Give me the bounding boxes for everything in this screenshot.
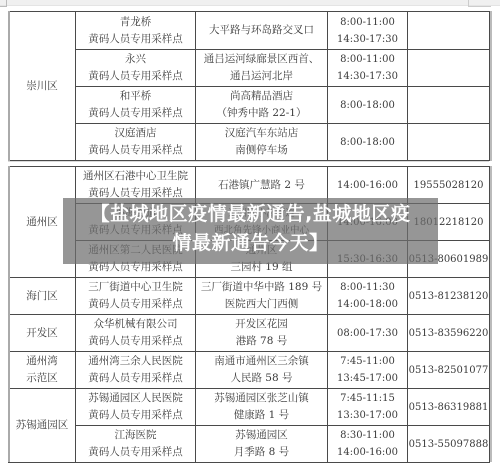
table-row: 江海医院黄码人员专用采样点 苏锡通园区月季路 8 号 8:30-11:0014:…: [9, 426, 490, 463]
address-cell: 苏锡通园区张芝山镇健康路 1 号: [196, 389, 328, 426]
district-cell: 苏锡通园区: [9, 389, 76, 463]
hours-cell: 8:00-18:00: [328, 124, 408, 161]
address-cell: 苏锡通园区月季路 8 号: [196, 426, 328, 463]
phone-cell: [408, 50, 490, 87]
hours-cell: 8:00-18:00: [328, 87, 408, 124]
phone-cell: 0513-83596220: [408, 315, 490, 352]
hours-cell: 8:00-11:0014:30-17:30: [328, 50, 408, 87]
address-cell: 通吕运河绿廊景区西首、通吕运河北岸: [196, 50, 328, 87]
table-row: 崇川区 青龙桥黄码人员专用采样点 大平路与环岛路交叉口 8:00-11:0014…: [9, 12, 490, 50]
phone-cell: 0513-81238120: [408, 278, 490, 315]
overlay-title-line1: 【盐城地区疫情最新通告,盐城地区疫: [63, 200, 438, 229]
site-cell: 永兴黄码人员专用采样点: [76, 50, 196, 87]
table-row: 永兴黄码人员专用采样点 通吕运河绿廊景区西首、通吕运河北岸 8:00-11:00…: [9, 50, 490, 87]
table-row: 和平桥黄码人员专用采样点 尚高精品酒店（钟秀中路 22-1） 8:00-18:0…: [9, 87, 490, 124]
district-cell: 通州湾示范区: [9, 352, 76, 389]
sampling-sites-table-chongchuan: 崇川区 青龙桥黄码人员专用采样点 大平路与环岛路交叉口 8:00-11:0014…: [8, 11, 490, 161]
overlay-title-line2: 情最新通告今天】: [63, 229, 438, 258]
title-overlay-text: 【盐城地区疫情最新通告,盐城地区疫 情最新通告今天】: [63, 200, 438, 258]
table-row: 海门区 三厂街道中心卫生院黄码人员专用采样点 三厂街道中华中路 189 号医院西…: [9, 278, 490, 315]
site-cell: 汉庭酒店黄码人员专用采样点: [76, 124, 196, 161]
phone-cell: [408, 87, 490, 124]
address-cell: 三厂街道中华中路 189 号医院西大门西侧: [196, 278, 328, 315]
hours-cell: 8:00-11:0014:30-17:30: [328, 12, 408, 50]
address-cell: 南通市通州区三余镇人民路 58 号: [196, 352, 328, 389]
site-cell: 苏锡通园区人民医院黄码人员专用采样点: [76, 389, 196, 426]
phone-cell: 0513-82501077: [408, 352, 490, 389]
address-cell: 汉庭汽车东站店南侧停车场: [196, 124, 328, 161]
table-row: 苏锡通园区 苏锡通园区人民医院黄码人员专用采样点 苏锡通园区张芝山镇健康路 1 …: [9, 389, 490, 426]
site-cell: 青龙桥黄码人员专用采样点: [76, 12, 196, 50]
phone-cell: 0513-86319881: [408, 389, 490, 426]
page-break-divider: [8, 161, 489, 162]
page-corner-mark-right: [468, 0, 491, 7]
address-cell: 开发区花园港路 78 号: [196, 315, 328, 352]
table-shadow-right: [490, 11, 492, 161]
address-cell: 尚高精品酒店（钟秀中路 22-1）: [196, 87, 328, 124]
district-cell: 开发区: [9, 315, 76, 352]
hours-cell: 7:45-11:1513:30-17:00: [328, 389, 408, 426]
phone-cell: [408, 12, 490, 50]
phone-cell: 0513-55097888: [408, 426, 490, 463]
address-cell: 大平路与环岛路交叉口: [196, 12, 328, 50]
table-row: 开发区 众华机械有限公司黄码人员专用采样点 开发区花园港路 78 号 08:00…: [9, 315, 490, 352]
site-cell: 江海医院黄码人员专用采样点: [76, 426, 196, 463]
table-row: 汉庭酒店黄码人员专用采样点 汉庭汽车东站店南侧停车场 8:00-18:00: [9, 124, 490, 161]
site-cell: 众华机械有限公司黄码人员专用采样点: [76, 315, 196, 352]
district-cell: 海门区: [9, 278, 76, 315]
hours-cell: 08:00-17:30: [328, 315, 408, 352]
site-cell: 和平桥黄码人员专用采样点: [76, 87, 196, 124]
district-cell: 崇川区: [9, 12, 76, 161]
page-corner-mark: [0, 0, 7, 7]
site-cell: 通州湾三余人民医院黄码人员专用采样点: [76, 352, 196, 389]
table-shadow-right: [490, 166, 492, 462]
page-top-edge: [0, 0, 500, 6]
hours-cell: 8:30-11:0014:00-16:00: [328, 426, 408, 463]
table-row: 通州湾示范区 通州湾三余人民医院黄码人员专用采样点 南通市通州区三余镇人民路 5…: [9, 352, 490, 389]
hours-cell: 8:00-11:3014:00-18:00: [328, 278, 408, 315]
phone-cell: [408, 124, 490, 161]
site-cell: 三厂街道中心卫生院黄码人员专用采样点: [76, 278, 196, 315]
table-shadow-left: [8, 11, 10, 161]
hours-cell: 7:45-11:0013:45-17:00: [328, 352, 408, 389]
table-shadow-left: [8, 166, 10, 462]
